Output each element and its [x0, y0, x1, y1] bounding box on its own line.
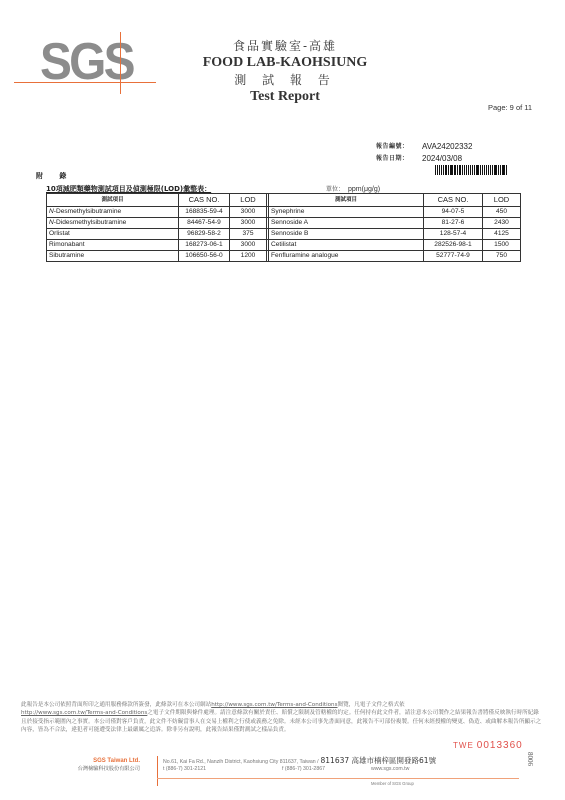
serial-number: TWE0013360	[453, 740, 523, 751]
page-number: Page: 9 of 11	[488, 103, 532, 112]
cas-number: 168835-59-4	[179, 207, 230, 218]
table-row: Orlistat96829-58-2375Sennoside B128-57-4…	[47, 229, 521, 240]
cas-number: 106650-56-0	[179, 251, 230, 262]
logo-text: SGS	[40, 32, 133, 92]
serial-value: 0013360	[477, 740, 523, 751]
cas-number: 128-57-4	[424, 229, 483, 240]
cas-number: 94-07-5	[424, 207, 483, 218]
terms-link[interactable]: http://www.sgs.com.tw/Terms-and-Conditio…	[211, 702, 337, 708]
cas-number: 282526-98-1	[424, 240, 483, 251]
lod-value: 450	[483, 207, 521, 218]
lod-value: 3000	[230, 240, 267, 251]
header-test-item-right: 測試項目	[269, 194, 424, 207]
report-date: 2024/03/08	[422, 153, 462, 165]
website-link[interactable]: www.sgs.com.tw	[371, 766, 409, 772]
cas-number: 84467-54-9	[179, 218, 230, 229]
lod-table: 測試項目 CAS NO. LOD 測試項目 CAS NO. LOD N-Desm…	[46, 193, 521, 262]
report-meta: 報告編號： AVA24202332 報告日期： 2024/03/08	[376, 141, 472, 165]
table-row: Rimonabant168273-06-13000Cetilistat28252…	[47, 240, 521, 251]
header-cas-no-right: CAS NO.	[424, 194, 483, 207]
company-block: SGS Taiwan Ltd. 台灣檢驗科技股份有限公司	[60, 757, 140, 773]
test-item-name: Sennoside B	[269, 229, 424, 240]
test-item-name: Orlistat	[47, 229, 179, 240]
lod-value: 1200	[230, 251, 267, 262]
test-item-name: N-Desmethylsibutramine	[47, 207, 179, 218]
test-item-name: Fenfluramine analogue	[269, 251, 424, 262]
header-lod: LOD	[230, 194, 267, 207]
lod-value: 2430	[483, 218, 521, 229]
address-cn: 811637 高雄市楠梓區開發路61號	[321, 756, 437, 765]
report-number-label: 報告編號：	[376, 141, 422, 153]
header-lod-right: LOD	[483, 194, 521, 207]
company-name-cn: 台灣檢驗科技股份有限公司	[60, 765, 140, 773]
header-test-item: 測試項目	[47, 194, 179, 207]
test-item-name: Rimonabant	[47, 240, 179, 251]
unit-label: 單位：ppm(μg/g)	[326, 184, 380, 193]
terms-disclaimer: 此報告是本公司依照背面所印之通用服務條款所簽發，此條款可在本公司網站http:/…	[21, 701, 543, 734]
table-row: N-Desmethylsibutramine168835-59-43000Syn…	[47, 207, 521, 218]
appendix-heading: 附 錄	[36, 171, 73, 181]
disclaimer-text-1: 此報告是本公司依照背面所印之通用服務條款所簽發，此條款可在本公司網站	[21, 702, 211, 708]
address-en: No.61, Kai Fa Rd., Nanzih District, Kaoh…	[163, 759, 319, 765]
test-item-name: N-Didesmethylsibutramine	[47, 218, 179, 229]
report-type-en: Test Report	[170, 88, 400, 106]
lod-value: 4125	[483, 229, 521, 240]
barcode-icon	[435, 165, 507, 175]
lod-value: 3000	[230, 207, 267, 218]
footer-divider-horizontal	[157, 778, 519, 779]
logo-horizontal-rule	[14, 82, 156, 83]
test-item-name: Sibutramine	[47, 251, 179, 262]
cas-number: 96829-58-2	[179, 229, 230, 240]
report-number: AVA24202332	[422, 141, 472, 153]
lod-value: 375	[230, 229, 267, 240]
table-row: Sibutramine106650-56-01200Fenfluramine a…	[47, 251, 521, 262]
table-row: N-Didesmethylsibutramine84467-54-93000Se…	[47, 218, 521, 229]
cas-number: 52777-74-9	[424, 251, 483, 262]
report-header: 食品實驗室-高雄 FOOD LAB-KAOHSIUNG 測 試 報 告 Test…	[170, 38, 400, 106]
phone: t (886-7) 301-2121	[163, 766, 206, 772]
unit-value: ppm(μg/g)	[348, 186, 380, 193]
unit-prefix: 單位：	[326, 186, 344, 193]
test-item-name: Synephrine	[269, 207, 424, 218]
vertical-code: 8006	[526, 752, 534, 766]
logo-vertical-rule	[120, 32, 121, 94]
serial-prefix: TWE	[453, 741, 474, 750]
test-item-name: Cetilistat	[269, 240, 424, 251]
lod-value: 750	[483, 251, 521, 262]
address: No.61, Kai Fa Rd., Nanzih District, Kaoh…	[163, 757, 436, 766]
cas-number: 81-27-6	[424, 218, 483, 229]
fax: f (886-7) 301-2867	[282, 766, 325, 772]
member-of-group: Member of SGS Group	[371, 781, 414, 786]
company-name-en: SGS Taiwan Ltd.	[60, 757, 140, 765]
disclaimer-text-2: 閱覽，凡電子文件之格式依	[338, 702, 405, 708]
lod-value: 3000	[230, 218, 267, 229]
cas-number: 168273-06-1	[179, 240, 230, 251]
sgs-logo: SGS	[38, 38, 124, 86]
footer-divider-vertical	[157, 756, 158, 786]
report-type-cn: 測 試 報 告	[170, 72, 400, 88]
test-item-name: Sennoside A	[269, 218, 424, 229]
lab-name-en: FOOD LAB-KAOHSIUNG	[170, 54, 400, 72]
lod-value: 1500	[483, 240, 521, 251]
table-header-row: 測試項目 CAS NO. LOD 測試項目 CAS NO. LOD	[47, 194, 521, 207]
terms-link-2[interactable]: http://www.sgs.com.tw/Terms-and-Conditio…	[21, 710, 147, 716]
lab-name-cn: 食品實驗室-高雄	[170, 38, 400, 54]
report-date-label: 報告日期：	[376, 153, 422, 165]
header-cas-no: CAS NO.	[179, 194, 230, 207]
